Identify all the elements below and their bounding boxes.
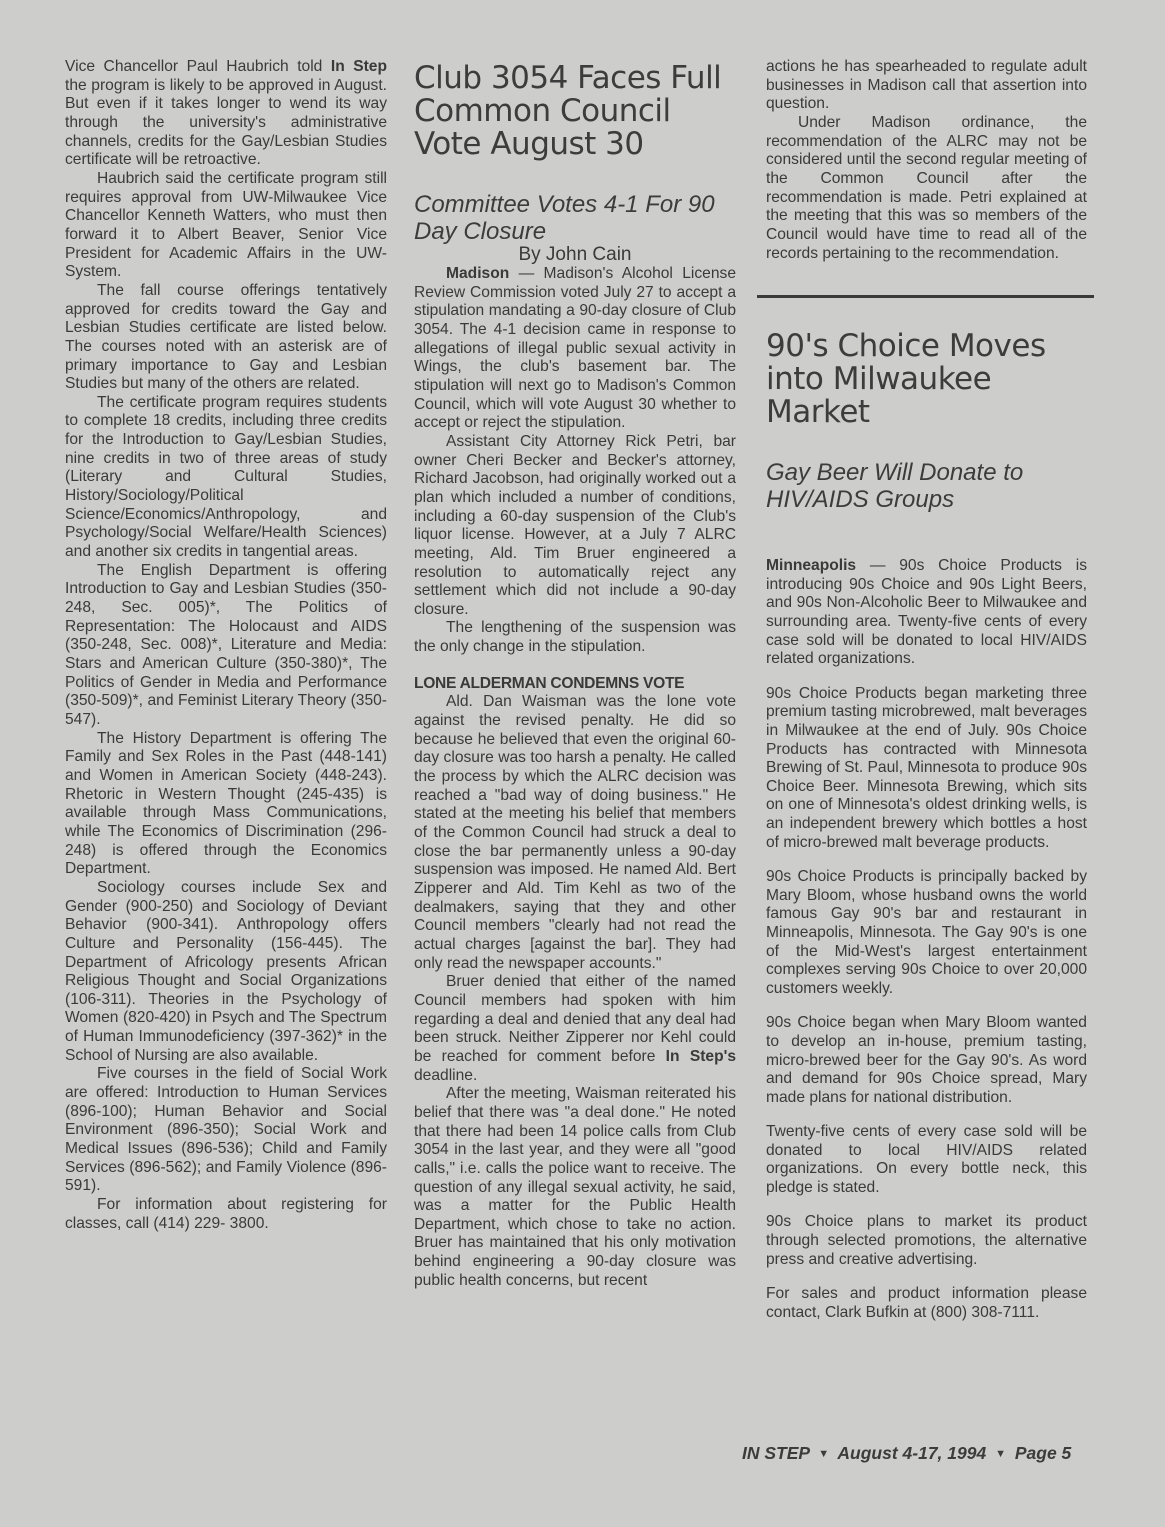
triangle-down-icon: ▼ bbox=[818, 1448, 829, 1460]
paragraph: Minneapolis — 90s Choice Products is int… bbox=[766, 557, 1087, 669]
article-club-3054-continued: actions he has spearheaded to regulate a… bbox=[766, 58, 1087, 263]
paragraph: 90s Choice began when Mary Bloom wanted … bbox=[766, 1014, 1087, 1107]
issue-date: August 4-17, 1994 bbox=[837, 1443, 986, 1463]
paragraph: actions he has spearheaded to regulate a… bbox=[766, 58, 1087, 114]
paragraph: After the meeting, Waisman reiterated hi… bbox=[414, 1085, 736, 1290]
paragraph: The History Department is offering The F… bbox=[65, 730, 387, 879]
paragraph: Ald. Dan Waisman was the lone vote again… bbox=[414, 693, 736, 973]
paragraph: 90s Choice plans to market its product t… bbox=[766, 1213, 1087, 1269]
paragraph: For information about registering for cl… bbox=[65, 1196, 387, 1233]
paragraph: Under Madison ordinance, the recommendat… bbox=[766, 114, 1087, 263]
publication-title: IN STEP bbox=[742, 1443, 809, 1463]
paragraph: The English Department is offering Intro… bbox=[65, 562, 387, 730]
byline: By John Cain bbox=[414, 245, 736, 265]
paragraph: The fall course offerings tentatively ap… bbox=[65, 282, 387, 394]
page-number: Page 5 bbox=[1015, 1443, 1071, 1463]
article-90s-choice: 90's Choice Moves into Milwaukee Market … bbox=[766, 330, 1087, 1338]
deck-subtitle: Gay Beer Will Donate to HIV/AIDS Groups bbox=[766, 459, 1087, 513]
paragraph: 90s Choice Products began marketing thre… bbox=[766, 685, 1087, 853]
headline: Club 3054 Faces Full Common Council Vote… bbox=[414, 62, 736, 161]
paragraph: The lengthening of the suspension was th… bbox=[414, 619, 736, 656]
paragraph: Five courses in the field of Social Work… bbox=[65, 1065, 387, 1196]
deck-subtitle: Committee Votes 4-1 For 90 Day Closure bbox=[414, 191, 736, 245]
paragraph: The certificate program requires student… bbox=[65, 394, 387, 562]
page-footer: IN STEP ▼ August 4-17, 1994 ▼ Page 5 bbox=[742, 1443, 1071, 1464]
triangle-down-icon: ▼ bbox=[995, 1448, 1006, 1460]
publication-name: In Step's bbox=[666, 1048, 736, 1065]
paragraph: Sociology courses include Sex and Gender… bbox=[65, 879, 387, 1066]
paragraph: Twenty-five cents of every case sold wil… bbox=[766, 1123, 1087, 1198]
paragraph: 90s Choice Products is principally backe… bbox=[766, 868, 1087, 999]
paragraph: Bruer denied that either of the named Co… bbox=[414, 973, 736, 1085]
subheading: LONE ALDERMAN CONDEMNS VOTE bbox=[414, 675, 736, 694]
column-1-continued-article: Vice Chancellor Paul Haubrich told In St… bbox=[65, 58, 387, 1233]
article-divider bbox=[757, 295, 1094, 298]
paragraph: Haubrich said the certificate program st… bbox=[65, 170, 387, 282]
dateline: Minneapolis bbox=[766, 557, 856, 574]
paragraph: Assistant City Attorney Rick Petri, bar … bbox=[414, 433, 736, 620]
paragraph: Vice Chancellor Paul Haubrich told In St… bbox=[65, 58, 387, 170]
paragraph: For sales and product information please… bbox=[766, 1285, 1087, 1322]
publication-name: In Step bbox=[331, 58, 387, 75]
headline: 90's Choice Moves into Milwaukee Market bbox=[766, 330, 1087, 429]
article-club-3054: Club 3054 Faces Full Common Council Vote… bbox=[414, 62, 736, 1290]
dateline: Madison bbox=[446, 265, 509, 282]
paragraph: Madison — Madison's Alcohol License Revi… bbox=[414, 265, 736, 433]
